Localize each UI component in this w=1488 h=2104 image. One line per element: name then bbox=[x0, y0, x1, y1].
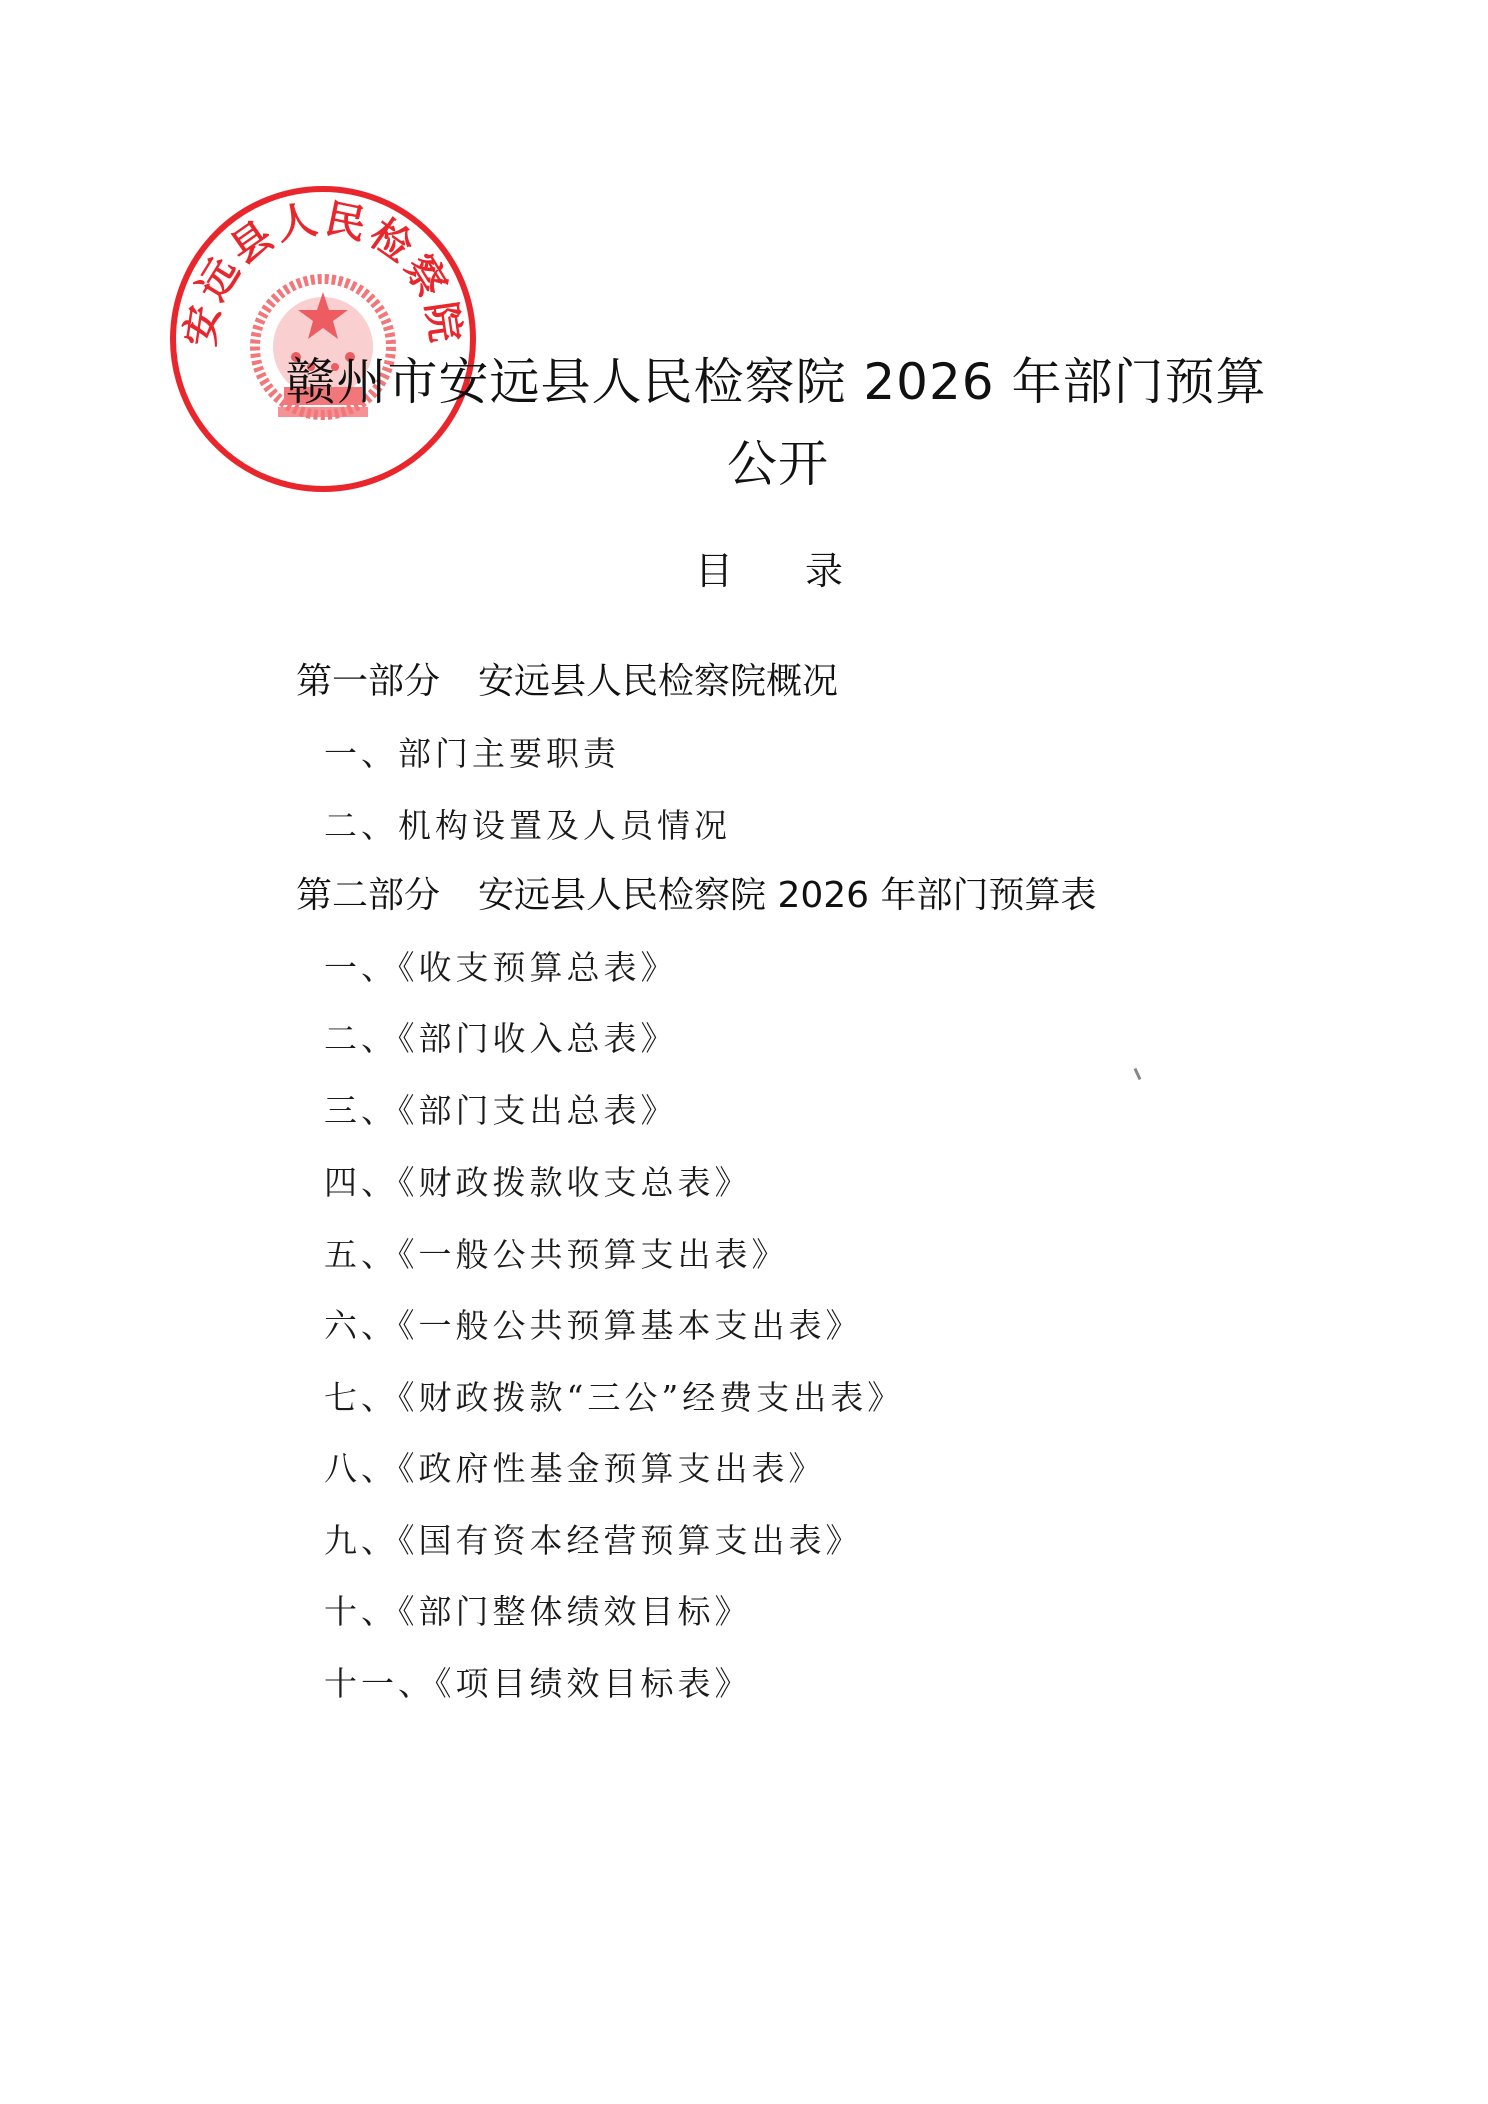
part-title: 安远县人民检察院 2026 年部门预算表 bbox=[478, 875, 1097, 916]
toc-item[interactable]: 八、《政府性基金预算支出表》 bbox=[324, 1448, 826, 1490]
toc-item[interactable]: 一、《收支预算总表》 bbox=[324, 947, 678, 989]
toc-part-2[interactable]: 第二部分安远县人民检察院 2026 年部门预算表 bbox=[296, 874, 1097, 918]
toc-item[interactable]: 十、《部门整体绩效目标》 bbox=[324, 1591, 752, 1633]
toc-item[interactable]: 二、机构设置及人员情况 bbox=[324, 805, 731, 847]
part-title: 安远县人民检察院概况 bbox=[478, 661, 838, 702]
toc-item[interactable]: 六、《一般公共预算基本支出表》 bbox=[324, 1305, 863, 1347]
document-title: 赣州市安远县人民检察院 2026 年部门预算 bbox=[32, 352, 1488, 412]
document-page: 安远县人民检察院 赣州市安远县人民检察院 2026 年部门预算 公开 目录 第一… bbox=[0, 0, 1488, 2104]
toc-item[interactable]: 二、《部门收入总表》 bbox=[324, 1018, 678, 1060]
toc-item[interactable]: 七、《财政拨款“三公”经费支出表》 bbox=[324, 1377, 904, 1419]
toc-item[interactable]: 十一、《项目绩效目标表》 bbox=[324, 1663, 752, 1705]
part-label: 第一部分 bbox=[296, 660, 440, 704]
toc-heading-char: 目 bbox=[695, 548, 733, 594]
toc-heading-char: 录 bbox=[805, 548, 843, 594]
toc-item[interactable]: 三、《部门支出总表》 bbox=[324, 1090, 678, 1132]
toc-item[interactable]: 五、《一般公共预算支出表》 bbox=[324, 1234, 789, 1276]
toc-item[interactable]: 四、《财政拨款收支总表》 bbox=[324, 1162, 752, 1204]
toc-heading: 目录 bbox=[695, 548, 843, 594]
part-label: 第二部分 bbox=[296, 874, 440, 918]
toc-item[interactable]: 一、部门主要职责 bbox=[324, 733, 620, 775]
toc-item[interactable]: 九、《国有资本经营预算支出表》 bbox=[324, 1520, 863, 1562]
document-title-line2: 公开 bbox=[34, 434, 1488, 494]
toc-part-1[interactable]: 第一部分安远县人民检察院概况 bbox=[296, 660, 838, 704]
scan-artifact bbox=[1134, 1068, 1142, 1080]
